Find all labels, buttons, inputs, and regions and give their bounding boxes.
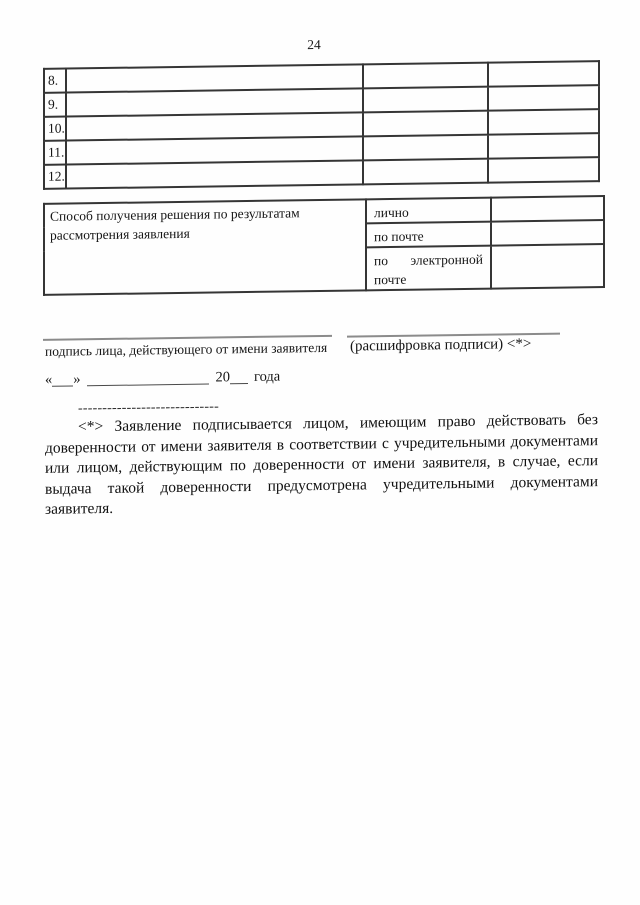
signature-caption: подпись лица, действующего от имени заяв… — [45, 340, 327, 360]
year-blank — [230, 380, 248, 384]
footnote: <*> Заявление подписывается лицом, имеющ… — [45, 410, 598, 520]
empty-cell — [363, 63, 488, 89]
document-page: 24 8. 9. 10. — [0, 0, 640, 905]
empty-cell — [363, 87, 488, 113]
delivery-option-by-email: по электронной почте — [366, 246, 491, 291]
row-number: 12. — [44, 165, 66, 189]
row-number: 8. — [44, 69, 66, 93]
empty-cell — [66, 160, 363, 188]
empty-cell — [491, 244, 604, 289]
empty-cell — [488, 157, 599, 183]
empty-cell — [488, 133, 599, 159]
empty-cell — [491, 220, 604, 246]
row-number: 11. — [44, 141, 66, 165]
delivery-method-table: Способ получения решения по результатам … — [43, 195, 605, 296]
transcript-caption: (расшифровка подписи) <*> — [350, 336, 531, 356]
delivery-option-in-person: лично — [366, 198, 491, 224]
empty-cell — [488, 85, 599, 111]
footnote-separator: ---------------------------------- — [78, 399, 219, 417]
scanned-content: 24 8. 9. 10. — [0, 0, 640, 905]
empty-cell — [491, 196, 604, 222]
year-prefix: 20 — [216, 369, 231, 385]
empty-cell — [363, 159, 488, 185]
close-quote: » — [73, 371, 80, 387]
empty-cell — [363, 111, 488, 137]
delivery-option-by-mail: по почте — [366, 222, 491, 248]
items-table: 8. 9. 10. 11. — [43, 60, 600, 190]
open-quote: « — [45, 372, 52, 388]
row-number: 10. — [44, 117, 66, 141]
empty-cell — [488, 61, 599, 87]
month-blank — [87, 381, 209, 387]
delivery-method-label: Способ получения решения по результатам … — [44, 199, 366, 294]
day-blank — [52, 382, 73, 386]
row-number: 9. — [44, 93, 66, 117]
date-line: «»20года — [45, 369, 280, 389]
page-number: 24 — [0, 33, 628, 58]
year-suffix: года — [254, 369, 280, 385]
empty-cell — [488, 109, 599, 135]
empty-cell — [363, 135, 488, 161]
